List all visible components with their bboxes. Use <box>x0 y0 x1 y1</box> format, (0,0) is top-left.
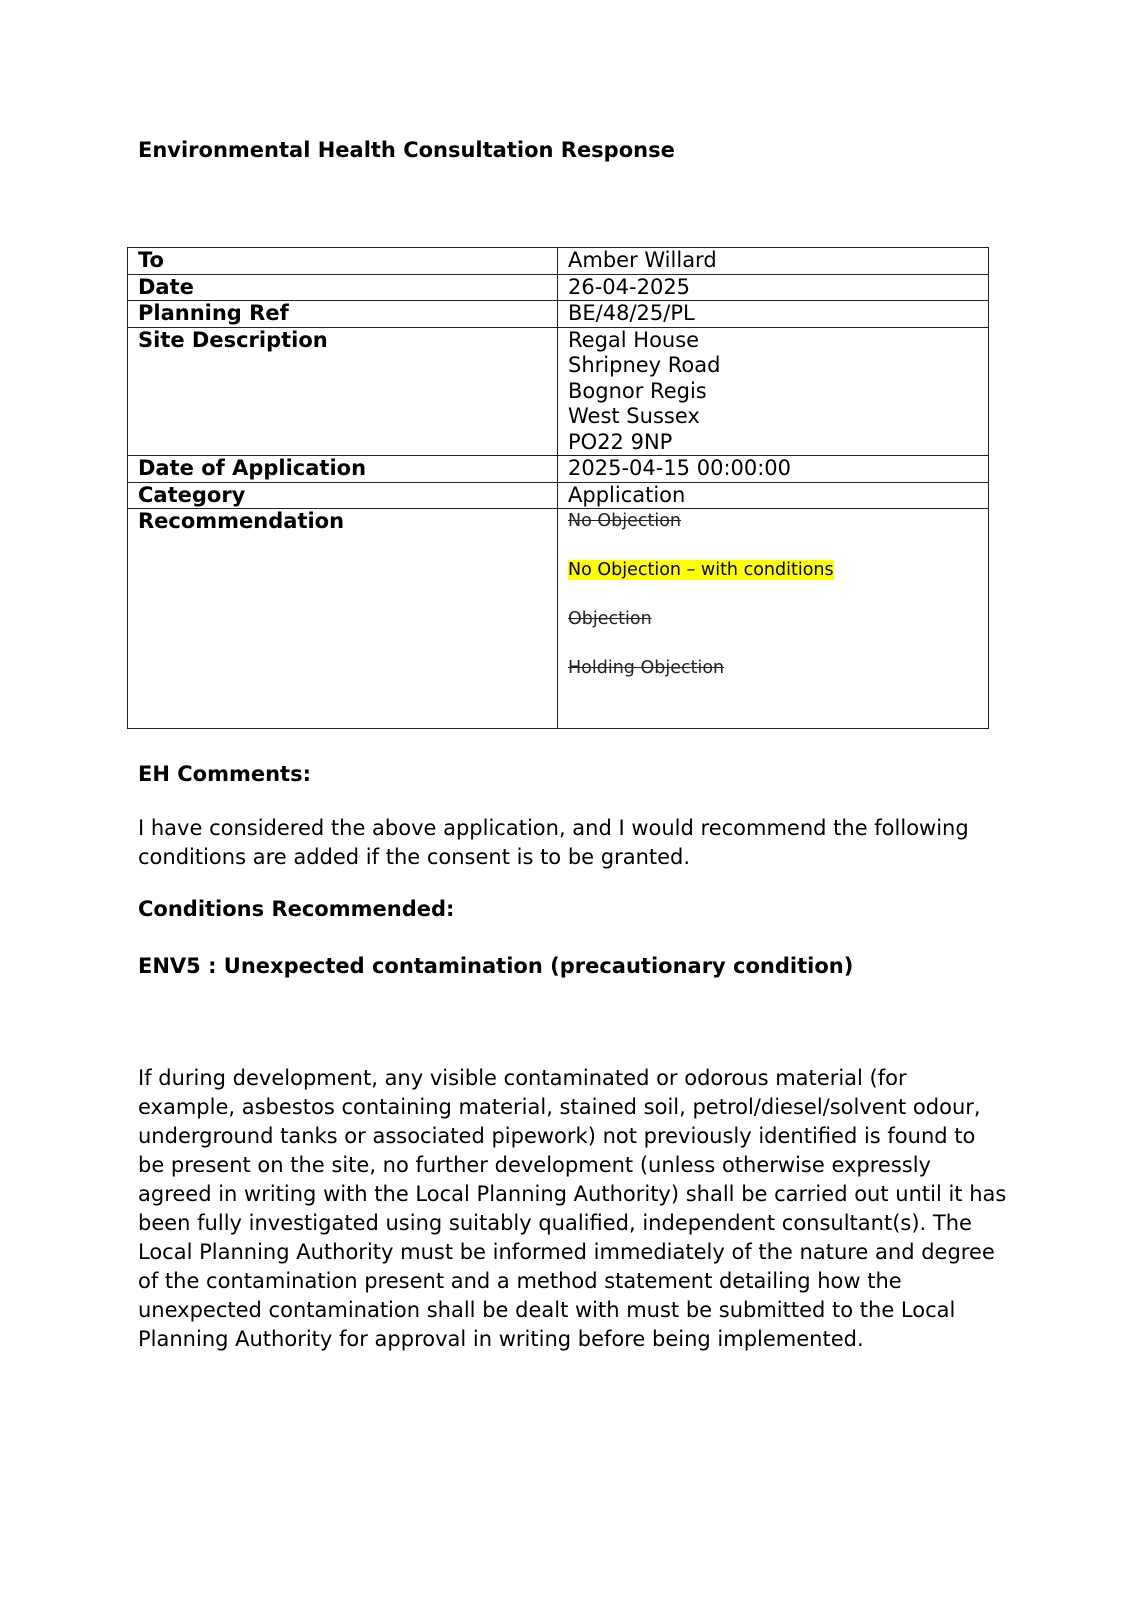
table-row-category: Category Application <box>128 482 989 509</box>
document-title: Environmental Health Consultation Respon… <box>138 136 675 164</box>
recommendation-option-objection: Objection <box>568 607 978 632</box>
recommendation-label: Recommendation <box>128 509 558 729</box>
recommendation-option-no-objection: No Objection <box>568 509 978 534</box>
address-line: West Sussex <box>568 404 978 430</box>
consultation-info-table: To Amber Willard Date 26-04-2025 Plannin… <box>127 247 989 729</box>
address-line: Shripney Road <box>568 353 978 379</box>
site-description-value: Regal House Shripney Road Bognor Regis W… <box>558 327 989 456</box>
site-description-label: Site Description <box>128 327 558 456</box>
date-of-application-value: 2025-04-15 00:00:00 <box>558 456 989 483</box>
to-label: To <box>128 248 558 275</box>
table-row-planning-ref: Planning Ref BE/48/25/PL <box>128 301 989 328</box>
recommendation-option-no-objection-with-conditions: No Objection – with conditions <box>568 558 978 583</box>
date-value: 26-04-2025 <box>558 274 989 301</box>
address-line: PO22 9NP <box>568 430 978 456</box>
table-row-date: Date 26-04-2025 <box>128 274 989 301</box>
to-value: Amber Willard <box>558 248 989 275</box>
table-row-date-of-application: Date of Application 2025-04-15 00:00:00 <box>128 456 989 483</box>
condition-title: ENV5 : Unexpected contamination (precaut… <box>138 952 853 980</box>
conditions-heading: Conditions Recommended: <box>138 895 454 923</box>
recommendation-option-holding-objection: Holding Objection <box>568 656 978 681</box>
highlighted-selection: No Objection – with conditions <box>568 560 834 580</box>
table-row-to: To Amber Willard <box>128 248 989 275</box>
category-value: Application <box>558 482 989 509</box>
planning-ref-label: Planning Ref <box>128 301 558 328</box>
date-of-application-label: Date of Application <box>128 456 558 483</box>
planning-ref-value: BE/48/25/PL <box>558 301 989 328</box>
condition-text: If during development, any visible conta… <box>138 1064 1008 1354</box>
recommendation-options: No Objection No Objection – with conditi… <box>558 509 989 729</box>
eh-comments-body: I have considered the above application,… <box>138 814 1008 872</box>
address-line: Regal House <box>568 328 978 354</box>
category-label: Category <box>128 482 558 509</box>
table-row-recommendation: Recommendation No Objection No Objection… <box>128 509 989 729</box>
date-label: Date <box>128 274 558 301</box>
address-line: Bognor Regis <box>568 379 978 405</box>
eh-comments-heading: EH Comments: <box>138 760 311 788</box>
table-row-site-description: Site Description Regal House Shripney Ro… <box>128 327 989 456</box>
